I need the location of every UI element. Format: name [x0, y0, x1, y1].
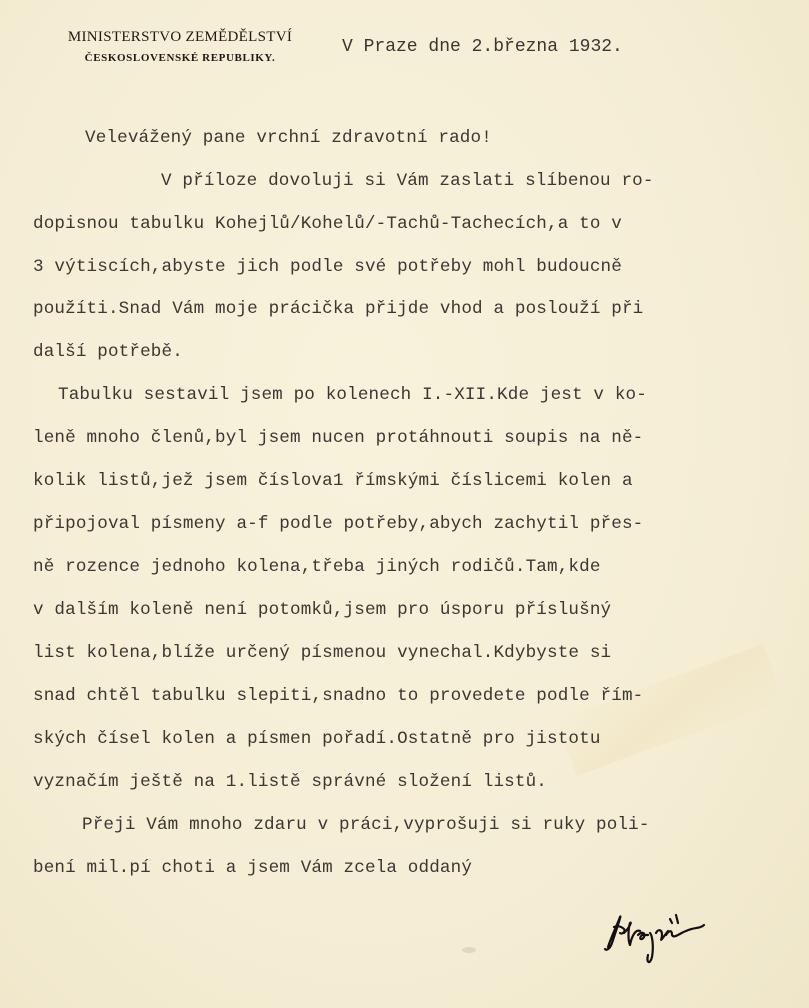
letterhead-ministry: MINISTERSTVO ZEMĚDĚLSTVÍ	[40, 28, 320, 46]
letterhead: MINISTERSTVO ZEMĚDĚLSTVÍ ČESKOSLOVENSKÉ …	[40, 28, 320, 66]
body-line: ně rozence jednoho kolena,třeba jiných r…	[33, 557, 601, 577]
body-line: další potřebě.	[33, 342, 183, 362]
paper-smudge	[462, 947, 476, 953]
body-line: leně mnoho členů,byl jsem nucen protáhno…	[33, 428, 643, 448]
body-line: dopisnou tabulku Kohejlů/Kohelů/-Tachů-T…	[33, 214, 622, 234]
body-line: snad chtěl tabulku slepiti,snadno to pro…	[33, 686, 643, 706]
signature-icon	[600, 905, 710, 970]
body-line: vyznačím ještě na 1.listě správné složen…	[33, 772, 547, 792]
body-line: bení mil.pí choti a jsem Vám zcela oddan…	[33, 858, 472, 878]
body-line: Tabulku sestavil jsem po kolenech I.-XII…	[58, 385, 647, 405]
letterhead-republic: ČESKOSLOVENSKÉ REPUBLIKY.	[40, 50, 320, 66]
body-line: připojoval písmeny a-f podle potřeby,aby…	[33, 514, 643, 534]
body-line: 3 výtiscích,abyste jich podle své potřeb…	[33, 257, 622, 277]
body-line: V příloze dovoluji si Vám zaslati slíben…	[161, 171, 654, 191]
dateline: V Praze dne 2.března 1932.	[342, 37, 623, 57]
body-line: list kolena,blíže určený písmenou vynech…	[33, 643, 611, 663]
salutation: Velevážený pane vrchní zdravotní rado!	[85, 128, 492, 148]
paper-stain	[556, 644, 783, 776]
body-line: použíti.Snad Vám moje prácička přijde vh…	[33, 299, 643, 319]
body-line: ských čísel kolen a písmen pořadí.Ostatn…	[33, 729, 601, 749]
letter-page: MINISTERSTVO ZEMĚDĚLSTVÍ ČESKOSLOVENSKÉ …	[0, 0, 809, 1008]
body-line: Přeji Vám mnoho zdaru v práci,vyprošuji …	[82, 815, 650, 835]
body-line: v dalším koleně není potomků,jsem pro ús…	[33, 600, 611, 620]
body-line: kolik listů,jež jsem číslova1 římskými č…	[33, 471, 633, 491]
